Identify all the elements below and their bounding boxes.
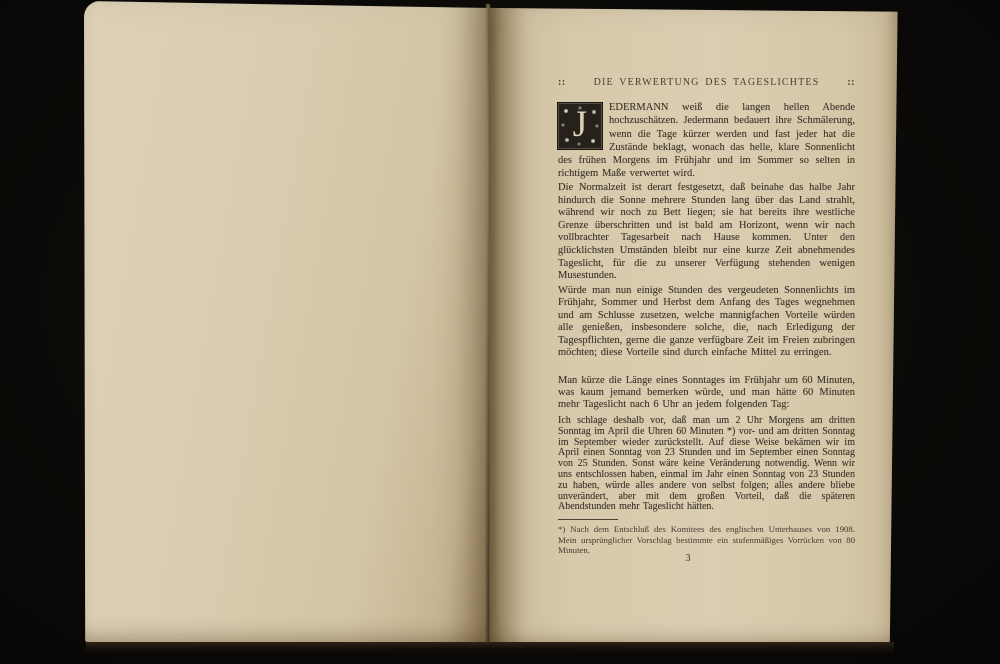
ornament-colon-right: :: (847, 77, 855, 88)
page-edge-shadow (86, 642, 894, 653)
drop-cap-initial: J (558, 103, 602, 149)
left-page-blank (84, 1, 488, 643)
ornament-colon-left: :: (558, 77, 566, 88)
body-paragraph-1-text: EDERMANN weiß die langen hellen Abende h… (558, 102, 855, 179)
body-paragraph-2: Die Normalzeit ist derart festgesetzt, d… (558, 182, 855, 283)
right-page: :: DIE VERWERTUNG DES TAGESLICHTES :: JE… (489, 6, 898, 645)
body-paragraph-5: Ich schlage deshalb vor, daß man um 2 Uh… (558, 416, 855, 513)
body-paragraph-3: Würde man nun einige Stunden des vergeud… (558, 285, 855, 359)
running-head: :: DIE VERWERTUNG DES TAGESLICHTES :: (558, 77, 855, 88)
page-number: 3 (677, 553, 699, 564)
body-paragraph-1: JEDERMANN weiß die langen hellen Abende … (558, 101, 855, 181)
body-paragraph-4: Man kürze die Länge eines Sonntages im F… (558, 375, 855, 412)
book-photo: :: DIE VERWERTUNG DES TAGESLICHTES :: JE… (0, 0, 1000, 664)
chapter-title: DIE VERWERTUNG DES TAGESLICHTES (594, 77, 820, 88)
footnote-text: *) Nach dem Entschluß des Komitees des e… (558, 524, 855, 556)
footnote-rule (558, 519, 618, 520)
